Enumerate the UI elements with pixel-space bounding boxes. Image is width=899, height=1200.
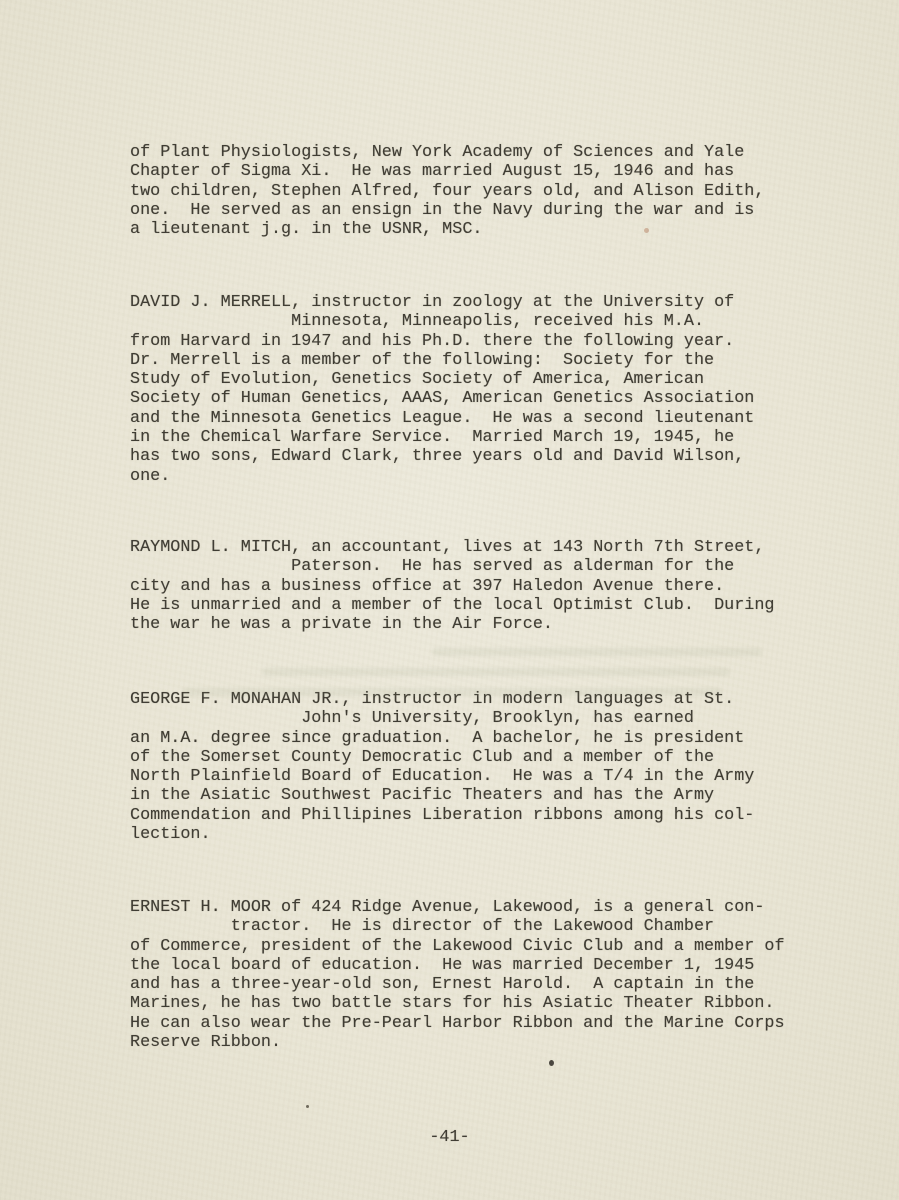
page-number: -41- [0,1128,899,1147]
paper-speck [306,1105,309,1108]
ink-bleed-through [432,648,762,656]
paragraph-bio-continuation: of Plant Physiologists, New York Academy… [130,143,820,239]
paragraph-bio-ernest-moor: ERNEST H. MOOR of 424 Ridge Avenue, Lake… [130,898,820,1052]
paragraph-bio-david-merrell: DAVID J. MERRELL, instructor in zoology … [130,293,820,486]
paragraph-bio-raymond-mitch: RAYMOND L. MITCH, an accountant, lives a… [130,538,820,634]
paper-speck [549,1060,554,1066]
ink-bleed-through [262,668,730,676]
typewritten-document-page: of Plant Physiologists, New York Academy… [0,0,899,1200]
paragraph-bio-george-monahan: GEORGE F. MONAHAN JR., instructor in mod… [130,690,820,844]
